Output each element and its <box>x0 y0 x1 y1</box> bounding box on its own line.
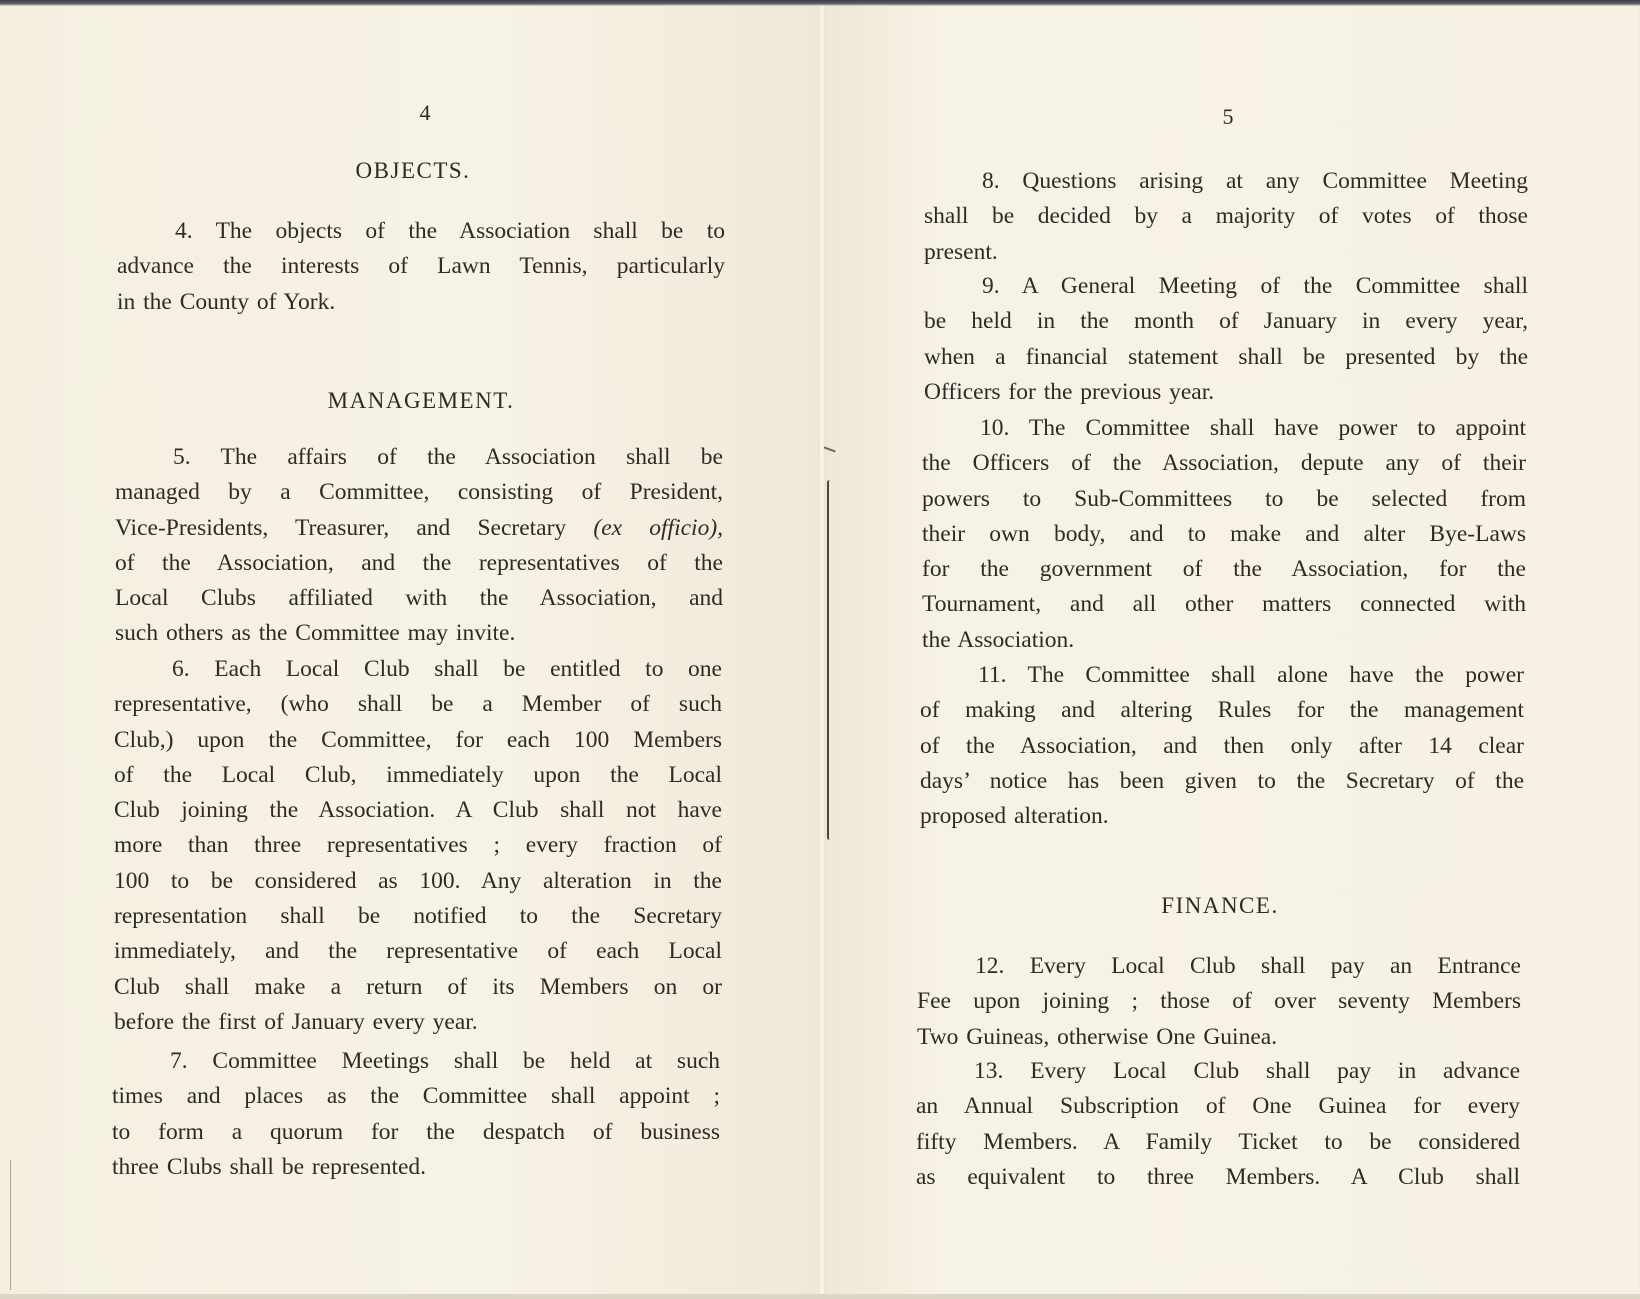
book-spine <box>818 6 826 1296</box>
rule-line: Vice-Presidents, Treasurer, and Secretar… <box>115 511 723 546</box>
rule-line: 4. The objects of the Association shall … <box>117 214 725 249</box>
rule-line: such others as the Committee may invite. <box>115 616 723 651</box>
rule-line: 13. Every Local Club shall pay in advanc… <box>916 1054 1520 1089</box>
rule-line: proposed alteration. <box>920 799 1524 834</box>
rule-line: three Clubs shall be represented. <box>112 1150 720 1185</box>
rule-line: Officers for the previous year. <box>924 375 1528 410</box>
rule-7: 7. Committee Meetings shall be held at s… <box>112 1044 720 1185</box>
rule-line: present. <box>924 235 1528 270</box>
rule-line: 11. The Committee shall alone have the p… <box>920 658 1524 693</box>
rule-line: powers to Sub-Committees to be selected … <box>922 482 1526 517</box>
rule-line: times and places as the Committee shall … <box>112 1079 720 1114</box>
rule-line: 8. Questions arising at any Committee Me… <box>924 164 1528 199</box>
rule-line: of the Local Club, immediately upon the … <box>114 758 722 793</box>
rule-line: as equivalent to three Members. A Club s… <box>916 1160 1520 1195</box>
rule-line: for the government of the Association, f… <box>922 552 1526 587</box>
rule-line: shall be decided by a majority of votes … <box>924 199 1528 234</box>
rule-line: be held in the month of January in every… <box>924 304 1528 339</box>
rule-line: the Officers of the Association, depute … <box>922 446 1526 481</box>
rule-line: more than three representatives ; every … <box>114 828 722 863</box>
rule-line-text: Vice-Presidents, Treasurer, and Secretar… <box>115 515 566 541</box>
rule-line: their own body, and to make and alter By… <box>922 517 1526 552</box>
rule-13: 13. Every Local Club shall pay in advanc… <box>916 1054 1520 1195</box>
rule-line: 100 to be considered as 100. Any alterat… <box>114 864 722 899</box>
rule-line: the Association. <box>922 623 1526 658</box>
rule-4: 4. The objects of the Association shall … <box>117 214 725 320</box>
rule-line: when a financial statement shall be pres… <box>924 340 1528 375</box>
rule-line: 12. Every Local Club shall pay an Entran… <box>917 949 1521 984</box>
rule-line: immediately, and the representative of e… <box>114 934 722 969</box>
rule-line: 7. Committee Meetings shall be held at s… <box>112 1044 720 1079</box>
rule-line: of the Association, and the representati… <box>115 546 723 581</box>
section-heading-management: MANAGEMENT. <box>280 388 562 414</box>
rule-11: 11. The Committee shall alone have the p… <box>920 658 1524 834</box>
rule-line: 6. Each Local Club shall be entitled to … <box>114 652 722 687</box>
rule-line: in the County of York. <box>117 285 725 320</box>
rule-line: representation shall be notified to the … <box>114 899 722 934</box>
page-number: 5 <box>1198 104 1258 130</box>
rule-line: representative, (who shall be a Member o… <box>114 687 722 722</box>
rule-line: Fee upon joining ; those of over seventy… <box>917 984 1521 1019</box>
ex-officio-phrase: (ex officio), <box>593 515 723 541</box>
rule-12: 12. Every Local Club shall pay an Entran… <box>917 949 1521 1055</box>
rule-line: of the Association, and then only after … <box>920 729 1524 764</box>
rule-line: Club,) upon the Committee, for each 100 … <box>114 723 722 758</box>
binding-thread <box>827 480 832 840</box>
rule-6: 6. Each Local Club shall be entitled to … <box>114 652 722 1040</box>
rule-line: Club shall make a return of its Members … <box>114 970 722 1005</box>
rule-5: 5. The affairs of the Association shall … <box>115 440 723 652</box>
rule-line: of making and altering Rules for the man… <box>920 693 1524 728</box>
rule-line: Tournament, and all other matters connec… <box>922 587 1526 622</box>
rule-line: 10. The Committee shall have power to ap… <box>922 411 1526 446</box>
rule-8: 8. Questions arising at any Committee Me… <box>924 164 1528 270</box>
scan-bottom-edge <box>0 1294 1640 1299</box>
page-number: 4 <box>395 100 455 126</box>
section-heading-finance: FINANCE. <box>1120 893 1320 919</box>
section-heading-objects: OBJECTS. <box>313 158 513 184</box>
rule-line: Club joining the Association. A Club sha… <box>114 793 722 828</box>
rule-line: an Annual Subscription of One Guinea for… <box>916 1089 1520 1124</box>
rule-line: days’ notice has been given to the Secre… <box>920 764 1524 799</box>
rule-line: 5. The affairs of the Association shall … <box>115 440 723 475</box>
rule-10: 10. The Committee shall have power to ap… <box>922 411 1526 658</box>
left-page-edge <box>10 1160 11 1290</box>
rule-line: advance the interests of Lawn Tennis, pa… <box>117 249 725 284</box>
rule-line: Local Clubs affiliated with the Associat… <box>115 581 723 616</box>
rule-line: before the first of January every year. <box>114 1005 722 1040</box>
rule-line: 9. A General Meeting of the Committee sh… <box>924 269 1528 304</box>
rule-line: to form a quorum for the despatch of bus… <box>112 1115 720 1150</box>
rule-line: managed by a Committee, consisting of Pr… <box>115 475 723 510</box>
rule-line: Two Guineas, otherwise One Guinea. <box>917 1020 1521 1055</box>
rule-line: fifty Members. A Family Ticket to be con… <box>916 1125 1520 1160</box>
rule-9: 9. A General Meeting of the Committee sh… <box>924 269 1528 410</box>
